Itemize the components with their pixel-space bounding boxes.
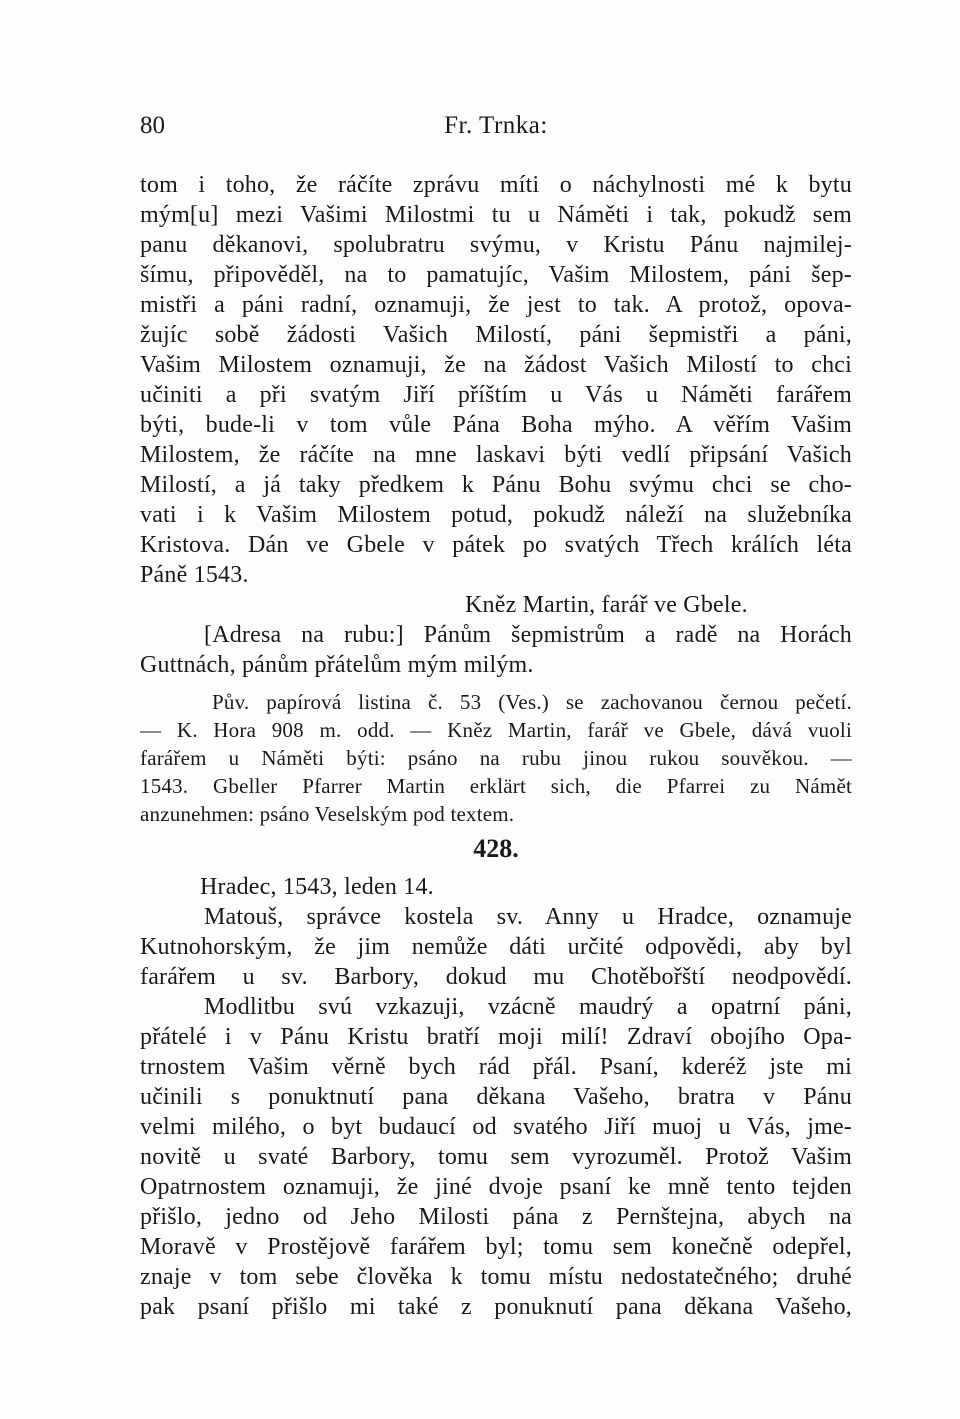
text-line: pak psaní přišlo mi také z ponuknutí pan… [140, 1292, 852, 1322]
text-line: vati i k Vašim Milostem potud, pokudž ná… [140, 500, 852, 530]
entry-428-summary: Matouš, správce kostela sv. Anny u Hradc… [140, 902, 852, 992]
address-line: Guttnách, pánům přátelům mým milým. [140, 650, 852, 680]
running-title: Fr. Trnka: [140, 112, 852, 140]
text-line: přišlo, jedno od Jeho Milosti pána z Per… [140, 1202, 852, 1232]
text-line: Kristova. Dán ve Gbele v pátek po svatýc… [140, 530, 852, 560]
text-line: Moravě v Prostějově farářem byl; tomu se… [140, 1232, 852, 1262]
text-line: Modlitbu svú vzkazuji, vzácně maudrý a o… [140, 992, 852, 1022]
archival-note-line: 1543. Gbeller Pfarrer Martin erklärt sic… [140, 772, 852, 800]
text-line: tom i toho, že ráčíte zprávu míti o nách… [140, 170, 852, 200]
signature-line: Kněz Martin, farář ve Gbele. [140, 590, 852, 620]
text-line: trnostem Vašim věrně bych rád přál. Psan… [140, 1052, 852, 1082]
text-line: Opatrnostem oznamuji, že jiné dvoje psan… [140, 1172, 852, 1202]
text-line: Milostem, že ráčíte na mne laskavi býti … [140, 440, 852, 470]
archival-note-line: — K. Hora 908 m. odd. — Kněz Martin, far… [140, 716, 852, 744]
text-line: učinili s ponuktnutí pana děkana Vašeho,… [140, 1082, 852, 1112]
archival-note-line: farářem u Náměti býti: psáno na rubu jin… [140, 744, 852, 772]
entry-428-body: Modlitbu svú vzkazuji, vzácně maudrý a o… [140, 992, 852, 1322]
text-line: Páně 1543. [140, 560, 852, 590]
dateline: Hradec, 1543, leden 14. [140, 872, 852, 902]
page-header: 80 Fr. Trnka: [140, 112, 852, 144]
text-line: Kutnohorským, že jim nemůže dáti určité … [140, 932, 852, 962]
archival-note: Pův. papírová listina č. 53 (Ves.) se za… [140, 688, 852, 828]
text-line: učiniti a při svatým Jiří příštím u Vás … [140, 380, 852, 410]
document-page: 80 Fr. Trnka: tom i toho, že ráčíte zprá… [140, 112, 852, 1322]
text-line: Milostí, a já taky předkem k Pánu Bohu s… [140, 470, 852, 500]
text-line: žujíc sobě žádosti Vašich Milostí, páni … [140, 320, 852, 350]
archival-note-line: Pův. papírová listina č. 53 (Ves.) se za… [140, 688, 852, 716]
text-line: šímu, připověděl, na to pamatujíc, Vašim… [140, 260, 852, 290]
text-line: Vašim Milostem oznamuji, že na žádost Va… [140, 350, 852, 380]
entry-number-heading: 428. [140, 834, 852, 864]
letter-427-body: tom i toho, že ráčíte zprávu míti o nách… [140, 170, 852, 680]
archival-note-line: anzunehmen: psáno Veselským pod textem. [140, 800, 852, 828]
address-line: [Adresa na rubu:] Pánům šepmistrům a rad… [140, 620, 852, 650]
text-line: přátelé i v Pánu Kristu bratří moji milí… [140, 1022, 852, 1052]
text-line: mistři a páni radní, oznamuji, že jest t… [140, 290, 852, 320]
text-line: Matouš, správce kostela sv. Anny u Hradc… [140, 902, 852, 932]
text-line: velmi milého, o byt budaucí od svatého J… [140, 1112, 852, 1142]
text-line: mým[u] mezi Vašimi Milostmi tu u Náměti … [140, 200, 852, 230]
text-line: novitě u svaté Barbory, tomu sem vyrozum… [140, 1142, 852, 1172]
text-line: býti, bude-li v tom vůle Pána Boha mýho.… [140, 410, 852, 440]
text-line: znaje v tom sebe člověka k tomu místu ne… [140, 1262, 852, 1292]
text-line: panu děkanovi, spolubratru svýmu, v Kris… [140, 230, 852, 260]
text-line: farářem u sv. Barbory, dokud mu Chotěboř… [140, 962, 852, 992]
